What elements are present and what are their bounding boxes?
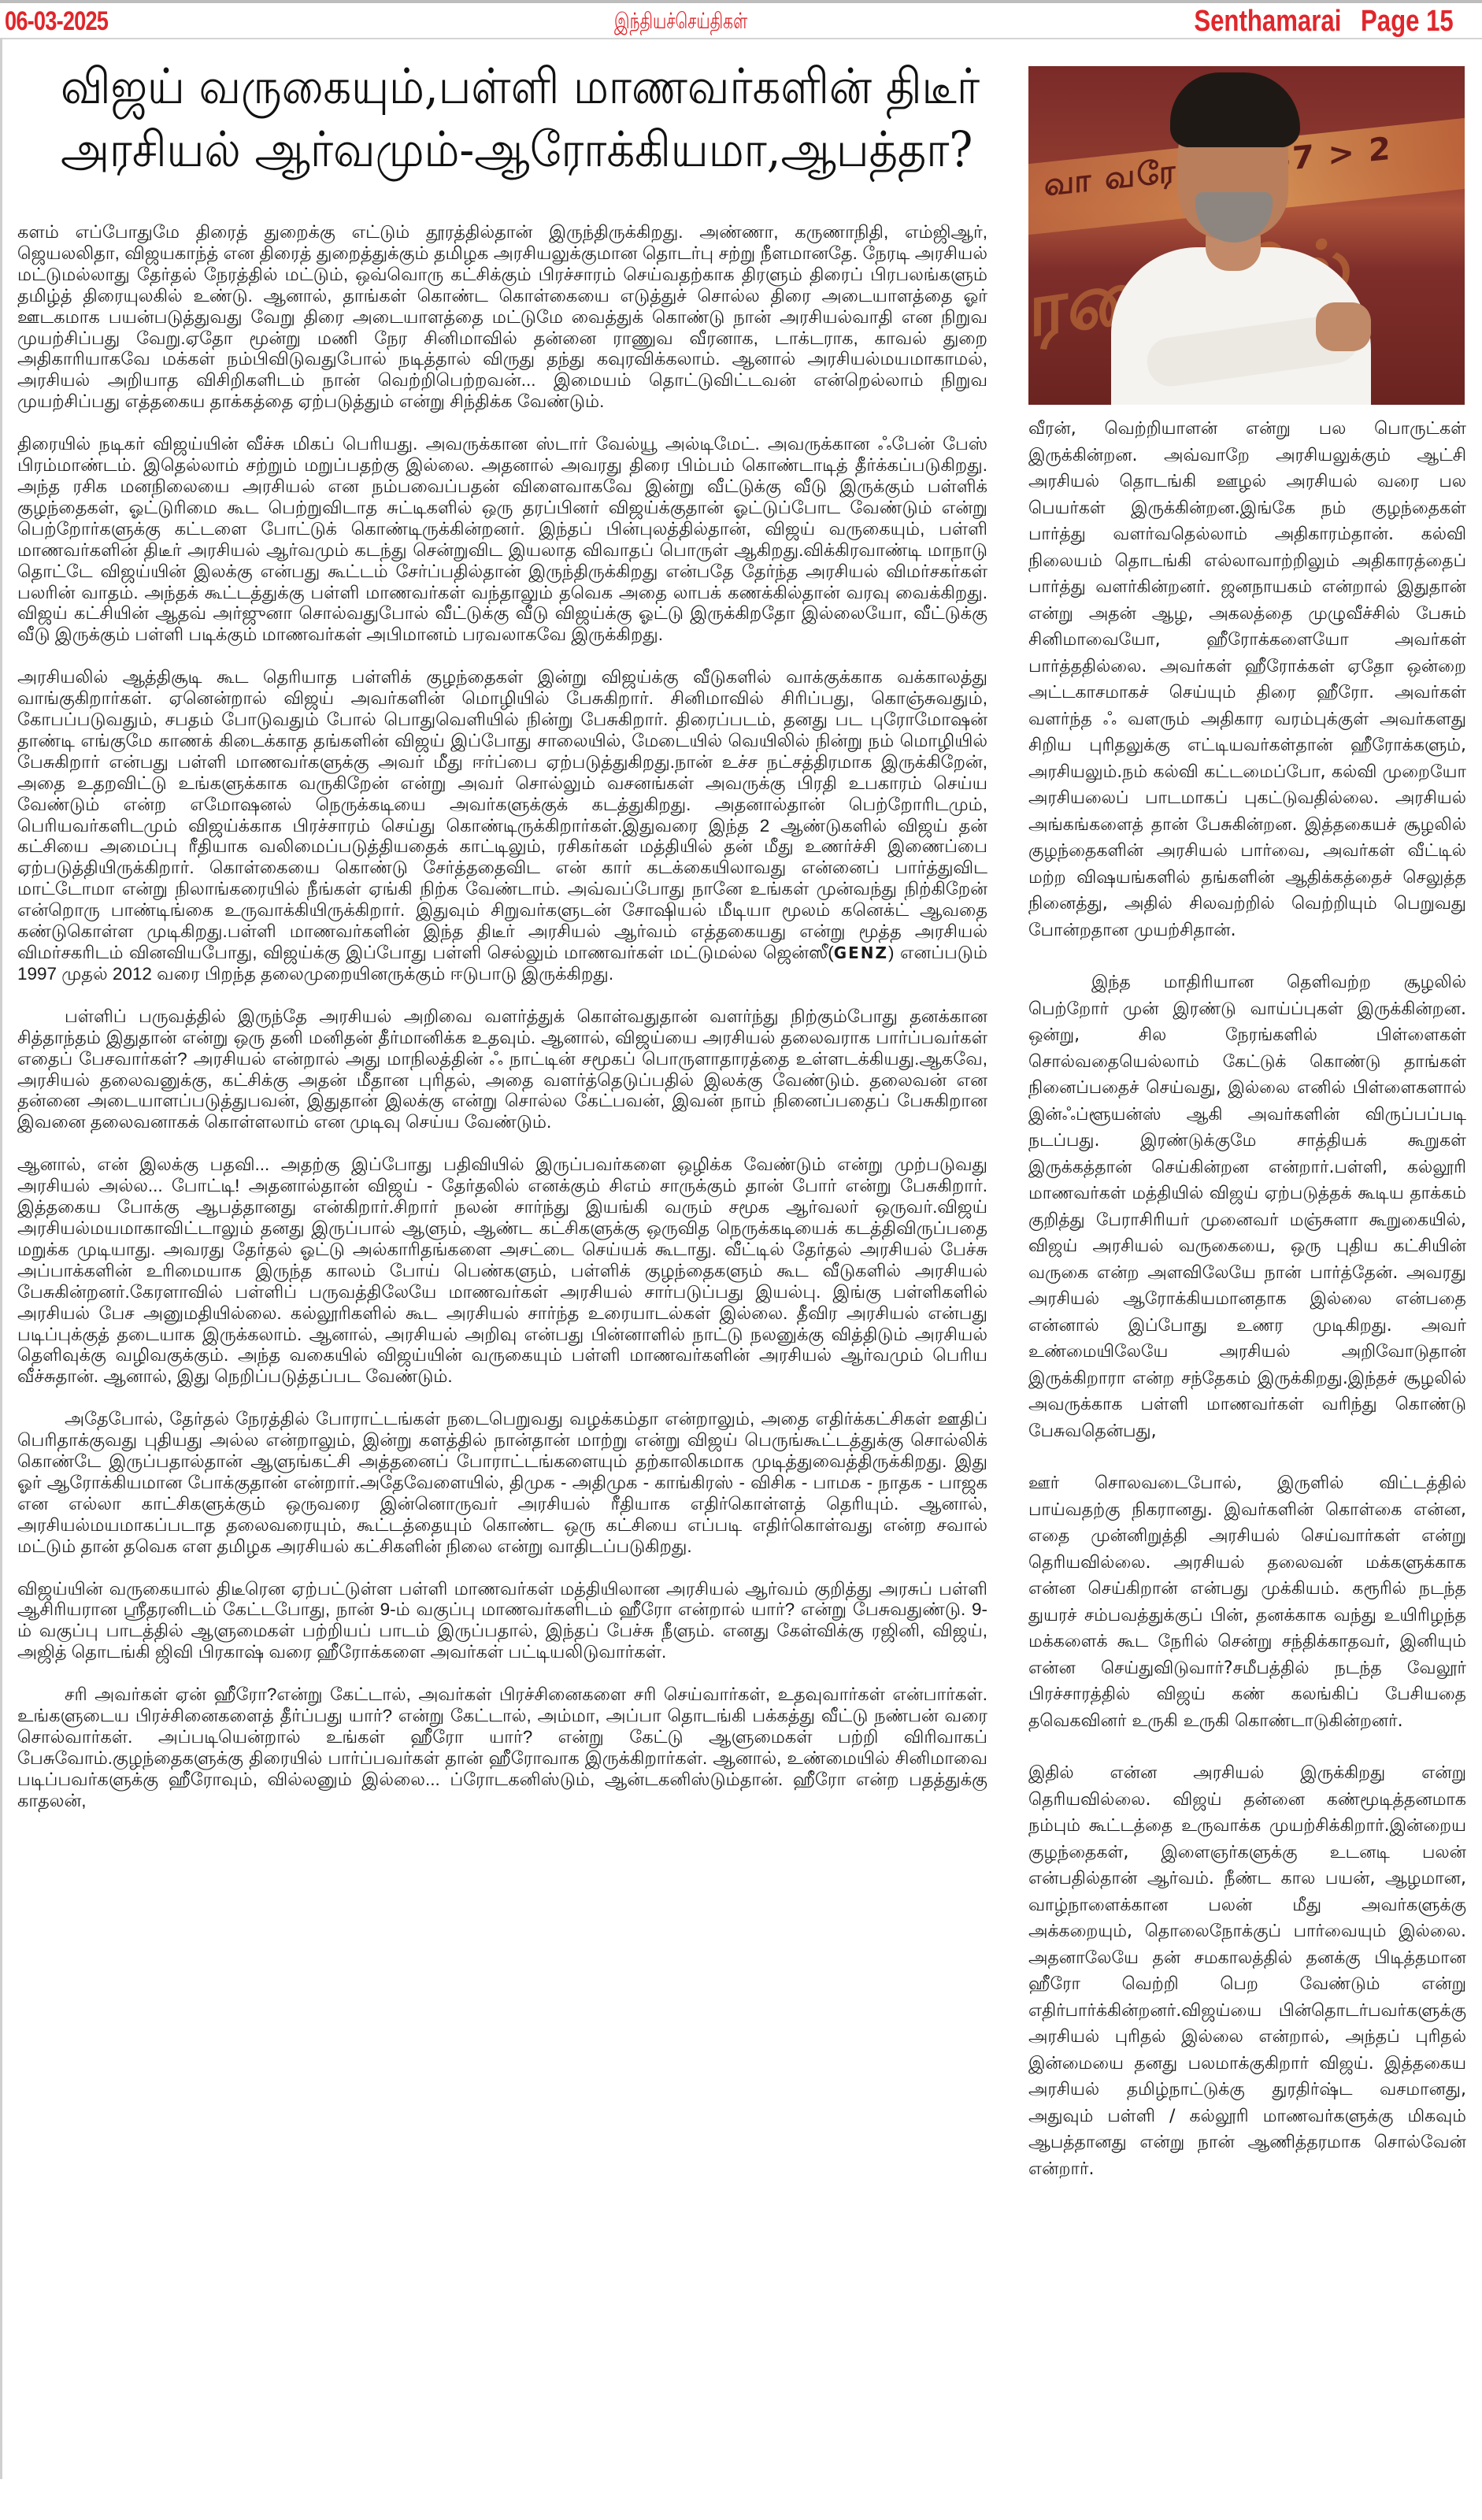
masthead: SenthamaraiPage 15 [1195,5,1454,39]
paragraph: திரையில் நடிகர் விஜய்யின் வீச்சு மிகப் ப… [17,434,987,646]
left-margin-rule [0,38,2,2479]
paragraph: விஜய்யின் வருகையால் திடீரென ஏற்பட்டுள்ள … [17,1579,987,1664]
section-title: இந்தியச்செய்திகள் [614,8,747,37]
paragraph: அதேபோல், தேர்தல் நேரத்தில் போராட்டங்கள் … [17,1409,987,1557]
paragraph: ஆனால், என் இலக்கு பதவி... அதற்கு இப்போது… [17,1154,987,1388]
photo-subject-fist [1316,302,1371,351]
page-header: 06-03-2025 இந்தியச்செய்திகள் Senthamarai… [0,3,1482,39]
paragraph: பள்ளிப் பருவத்தில் இருந்தே அரசியல் அறிவை… [17,1006,987,1133]
paragraph: அரசியலில் ஆத்திசூடி கூட தெரியாத பள்ளிக் … [17,667,987,985]
paragraph: களம் எப்போதுமே திரைத் துறைக்கு எட்டும் த… [17,222,987,413]
paragraph: இதில் என்ன அரசியல் இருக்கிறது என்று தெரி… [1028,1760,1466,2182]
issue-date: 06-03-2025 [5,6,108,37]
paragraph: ஊர் சொலவடைபோல், இருளில் விட்டத்தில் பாய்… [1028,1470,1466,1734]
headline-line-1: விஜய் வருகையும்,பள்ளி மாணவர்களின் திடீர் [61,55,954,118]
article-photo: வா வரேன் 1967 > 2 ரனையில் [1028,66,1465,405]
paragraph: சரி அவர்கள் ஏன் ஹீரோ?என்று கேட்டால், அவர… [17,1684,987,1811]
paragraph-text: அரசியலில் ஆத்திசூடி கூட தெரியாத பள்ளிக் … [17,667,987,962]
page-number: Page 15 [1361,5,1454,38]
article-headline: விஜய் வருகையும்,பள்ளி மாணவர்களின் திடீர்… [11,55,1003,181]
article-body-right-column: வீரன், வெற்றியாளன் என்று பல பொருட்கள் இர… [1028,416,1466,2208]
paragraph: இந்த மாதிரியான தெளிவற்ற சூழலில் பெற்றோர்… [1028,969,1466,1444]
publication-name: Senthamarai [1195,5,1342,38]
paragraph: வீரன், வெற்றியாளன் என்று பல பொருட்கள் இர… [1028,416,1466,943]
article-body-left-column: களம் எப்போதுமே திரைத் துறைக்கு எட்டும் த… [17,222,987,1833]
genz-label: GENZ [834,943,888,962]
headline-line-2: அரசியல் ஆர்வமும்-ஆரோக்கியமா,ஆபத்தா? [61,118,954,181]
photo-subject-hair [1170,72,1300,147]
